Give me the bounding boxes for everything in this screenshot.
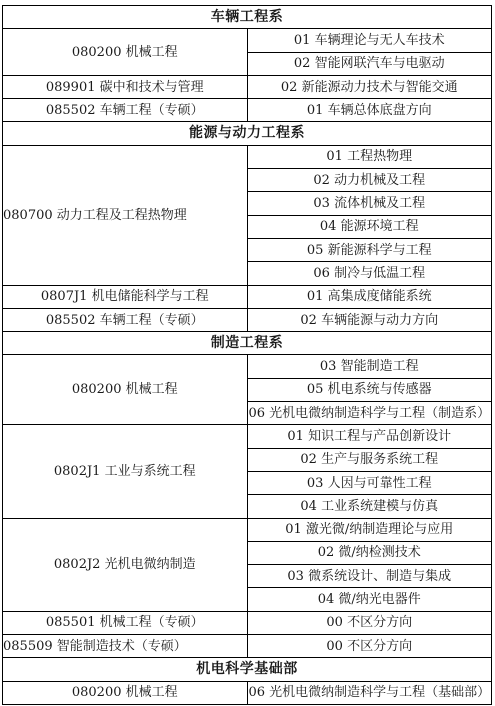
direction-name: 04 微/纳光电器件 <box>247 588 492 611</box>
major-name: 080700 动力工程及工程热物理 <box>3 145 248 285</box>
table-row: 0802J2 光机电微纳制造 01 激光微/纳制造理论与应用 <box>3 518 492 541</box>
direction-name: 03 智能制造工程 <box>247 355 492 378</box>
table-row: 0807J1 机电储能科学与工程 01 高集成度储能系统 <box>3 285 492 308</box>
department-name: 车辆工程系 <box>3 6 492 29</box>
major-name: 080200 机械工程 <box>3 355 248 425</box>
department-name: 机电科学基础部 <box>3 658 492 681</box>
major-name: 085502 车辆工程（专硕） <box>3 99 248 122</box>
major-name: 085502 车辆工程（专硕） <box>3 308 248 331</box>
major-name: 0807J1 机电储能科学与工程 <box>3 285 248 308</box>
major-name: 085501 机械工程（专硕） <box>3 611 248 634</box>
department-header-row: 能源与动力工程系 <box>3 122 492 145</box>
direction-name: 04 工业系统建模与仿真 <box>247 495 492 518</box>
direction-name: 04 能源环境工程 <box>247 215 492 238</box>
direction-name: 01 车辆总体底盘方向 <box>247 99 492 122</box>
direction-name: 01 工程热物理 <box>247 145 492 168</box>
direction-name: 03 人因与可靠性工程 <box>247 471 492 494</box>
direction-name: 03 流体机械及工程 <box>247 192 492 215</box>
direction-name: 01 高集成度储能系统 <box>247 285 492 308</box>
table-row: 085502 车辆工程（专硕） 02 车辆能源与动力方向 <box>3 308 492 331</box>
table-row: 089901 碳中和技术与管理 02 新能源动力技术与智能交通 <box>3 75 492 98</box>
direction-name: 02 智能网联汽车与电驱动 <box>247 52 492 75</box>
direction-name: 02 车辆能源与动力方向 <box>247 308 492 331</box>
major-name: 085509 智能制造技术（专硕） <box>3 635 248 658</box>
table-row: 080200 机械工程 01 车辆理论与无人车技术 <box>3 29 492 52</box>
major-name: 080200 机械工程 <box>3 681 248 704</box>
table-row: 080200 机械工程 03 智能制造工程 <box>3 355 492 378</box>
direction-name: 02 新能源动力技术与智能交通 <box>247 75 492 98</box>
major-name: 0802J1 工业与系统工程 <box>3 425 248 518</box>
department-name: 制造工程系 <box>3 332 492 355</box>
direction-name: 06 光机电微纳制造科学与工程（制造系） <box>247 402 492 425</box>
major-name: 080200 机械工程 <box>3 29 248 76</box>
direction-name: 02 动力机械及工程 <box>247 169 492 192</box>
direction-name: 06 制冷与低温工程 <box>247 262 492 285</box>
major-name: 089901 碳中和技术与管理 <box>3 75 248 98</box>
table-row: 085502 车辆工程（专硕） 01 车辆总体底盘方向 <box>3 99 492 122</box>
direction-name: 05 新能源科学与工程 <box>247 238 492 261</box>
direction-name: 01 车辆理论与无人车技术 <box>247 29 492 52</box>
department-header-row: 车辆工程系 <box>3 6 492 29</box>
direction-name: 01 知识工程与产品创新设计 <box>247 425 492 448</box>
direction-name: 00 不区分方向 <box>247 635 492 658</box>
direction-name: 02 微/纳检测技术 <box>247 541 492 564</box>
program-directions-table: 车辆工程系 080200 机械工程 01 车辆理论与无人车技术 02 智能网联汽… <box>2 5 492 705</box>
direction-name: 05 机电系统与传感器 <box>247 378 492 401</box>
direction-name: 02 生产与服务系统工程 <box>247 448 492 471</box>
table-row: 085509 智能制造技术（专硕） 00 不区分方向 <box>3 635 492 658</box>
department-name: 能源与动力工程系 <box>3 122 492 145</box>
table-row: 0802J1 工业与系统工程 01 知识工程与产品创新设计 <box>3 425 492 448</box>
department-header-row: 机电科学基础部 <box>3 658 492 681</box>
direction-name: 01 激光微/纳制造理论与应用 <box>247 518 492 541</box>
major-name: 0802J2 光机电微纳制造 <box>3 518 248 611</box>
direction-name: 03 微系统设计、制造与集成 <box>247 565 492 588</box>
table-row: 080700 动力工程及工程热物理 01 工程热物理 <box>3 145 492 168</box>
direction-name: 00 不区分方向 <box>247 611 492 634</box>
direction-name: 06 光机电微纳制造科学与工程（基础部） <box>247 681 492 704</box>
department-header-row: 制造工程系 <box>3 332 492 355</box>
table-row: 085501 机械工程（专硕） 00 不区分方向 <box>3 611 492 634</box>
table-row: 080200 机械工程 06 光机电微纳制造科学与工程（基础部） <box>3 681 492 704</box>
